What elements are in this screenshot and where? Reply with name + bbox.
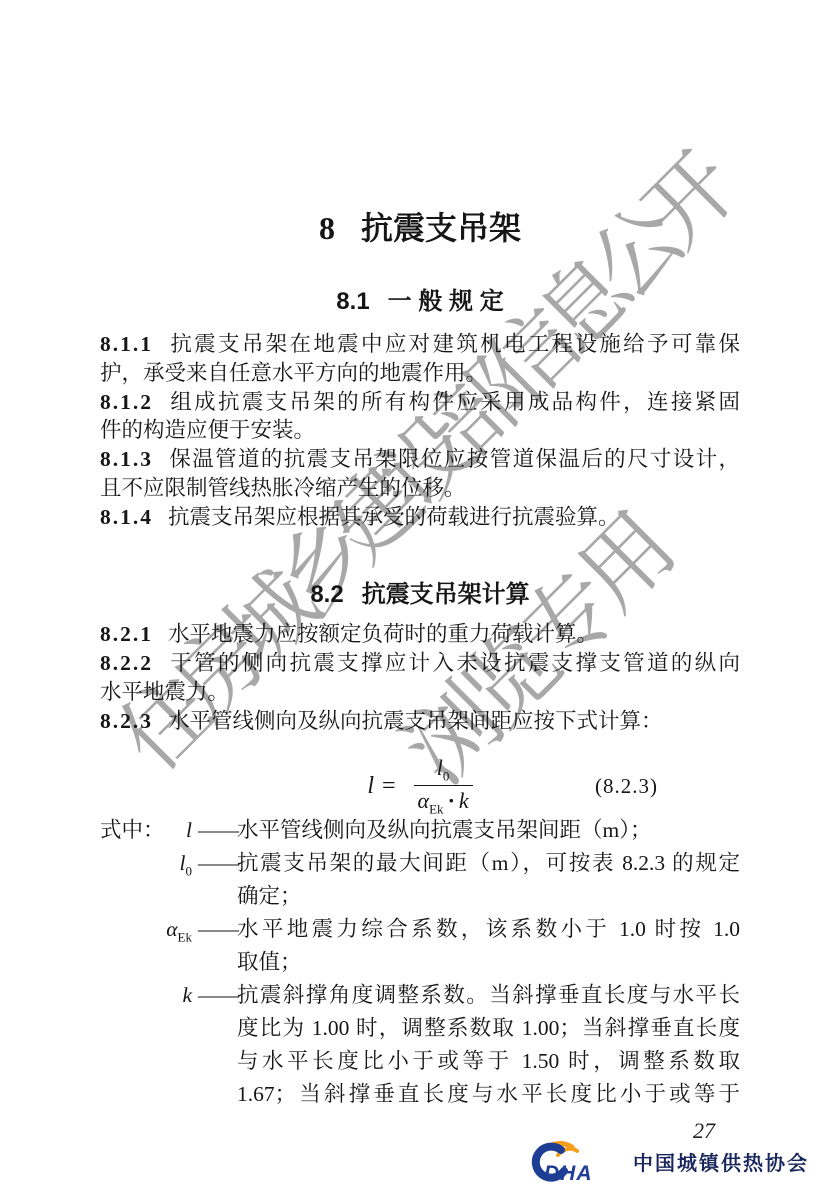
clause-line: 8.1.3保温管道的抗震支吊架限位应按管道保温后的尺寸设计，	[100, 445, 740, 474]
clause-line: 8.2.1水平地震力应按额定负荷时的重力荷载计算。	[100, 620, 740, 649]
section-title: 抗震支吊架计算	[362, 581, 530, 608]
document-page: 住房城乡建设部信息公开 浏览专用 8抗震支吊架 8.1一 般 规 定 8.1.1…	[0, 0, 827, 1198]
formula-equals: =	[374, 773, 404, 800]
equation-8-2-3: l = l0 αEk·k (8.2.3)	[100, 750, 740, 822]
clause-number: 8.2.2	[100, 651, 153, 675]
formula-lhs: l	[367, 773, 374, 800]
where-label: 式中：	[100, 814, 165, 847]
clause-number: 8.2.3	[100, 709, 153, 733]
logo-acronym-text: DHA	[544, 1162, 593, 1184]
clause-line: 8.1.4抗震支吊架应根据其承受的荷载进行抗震验算。	[100, 503, 740, 532]
clause-line: 水平地震力。	[100, 678, 740, 707]
clause-line: 8.1.1抗震支吊架在地震中应对建筑机电工程设施给予可靠保	[100, 330, 740, 359]
dha-logo-mark: DHA	[527, 1138, 627, 1184]
association-logo: DHA 中国城镇供热协会	[527, 1138, 809, 1184]
clause-block-8-1: 8.1.1抗震支吊架在地震中应对建筑机电工程设施给予可靠保 护，承受来自任意水平…	[100, 330, 740, 532]
clause-number: 8.1.2	[100, 390, 153, 414]
formula-fraction: l0 αEk·k	[414, 757, 473, 816]
clause-line: 8.2.3水平管线侧向及纵向抗震支吊架间距应按下式计算：	[100, 707, 740, 736]
clause-line: 8.1.2组成抗震支吊架的所有构件应采用成品构件，连接紧固	[100, 388, 740, 417]
chapter-title-text: 抗震支吊架	[361, 210, 521, 246]
symbol-definitions: 式中： l—— 水平管线侧向及纵向抗震支吊架间距（m）； l0—— 抗震支吊架的…	[100, 814, 740, 1111]
section-title: 一 般 规 定	[388, 288, 504, 315]
equation-number: (8.2.3)	[595, 774, 658, 799]
definition-item: αEk—— 水平地震力综合系数，该系数小于 1.0 时按 1.0 取值；	[100, 913, 740, 979]
section-heading-8-2: 8.2抗震支吊架计算	[100, 574, 740, 609]
clause-number: 8.1.1	[100, 332, 153, 356]
clause-line: 且不应限制管线热胀冷缩产生的位移。	[100, 474, 740, 503]
section-number: 8.2	[310, 581, 343, 608]
chapter-title: 8抗震支吊架	[100, 203, 740, 249]
clause-line: 件的构造应便于安装。	[100, 416, 740, 445]
definition-item: k—— 抗震斜撑角度调整系数。当斜撑垂直长度与水平长 度比为 1.00 时，调整…	[100, 979, 740, 1111]
clause-line: 8.2.2干管的侧向抗震支撑应计入未设抗震支撑支管道的纵向	[100, 649, 740, 678]
clause-number: 8.2.1	[100, 622, 153, 646]
section-number: 8.1	[336, 288, 369, 315]
section-heading-8-1: 8.1一 般 规 定	[100, 281, 740, 316]
clause-number: 8.1.4	[100, 505, 153, 529]
clause-block-8-2: 8.2.1水平地震力应按额定负荷时的重力荷载计算。 8.2.2干管的侧向抗震支撑…	[100, 620, 740, 736]
definition-item: l—— 水平管线侧向及纵向抗震支吊架间距（m）；	[100, 814, 740, 847]
fraction-numerator: l0	[433, 757, 454, 785]
chapter-number: 8	[319, 210, 335, 246]
clause-number: 8.1.3	[100, 447, 153, 471]
definition-item: l0—— 抗震支吊架的最大间距（m），可按表 8.2.3 的规定 确定；	[100, 847, 740, 913]
fraction-denominator: αEk·k	[414, 785, 473, 815]
clause-line: 护，承受来自任意水平方向的地震作用。	[100, 359, 740, 388]
association-name: 中国城镇供热协会	[633, 1147, 809, 1176]
